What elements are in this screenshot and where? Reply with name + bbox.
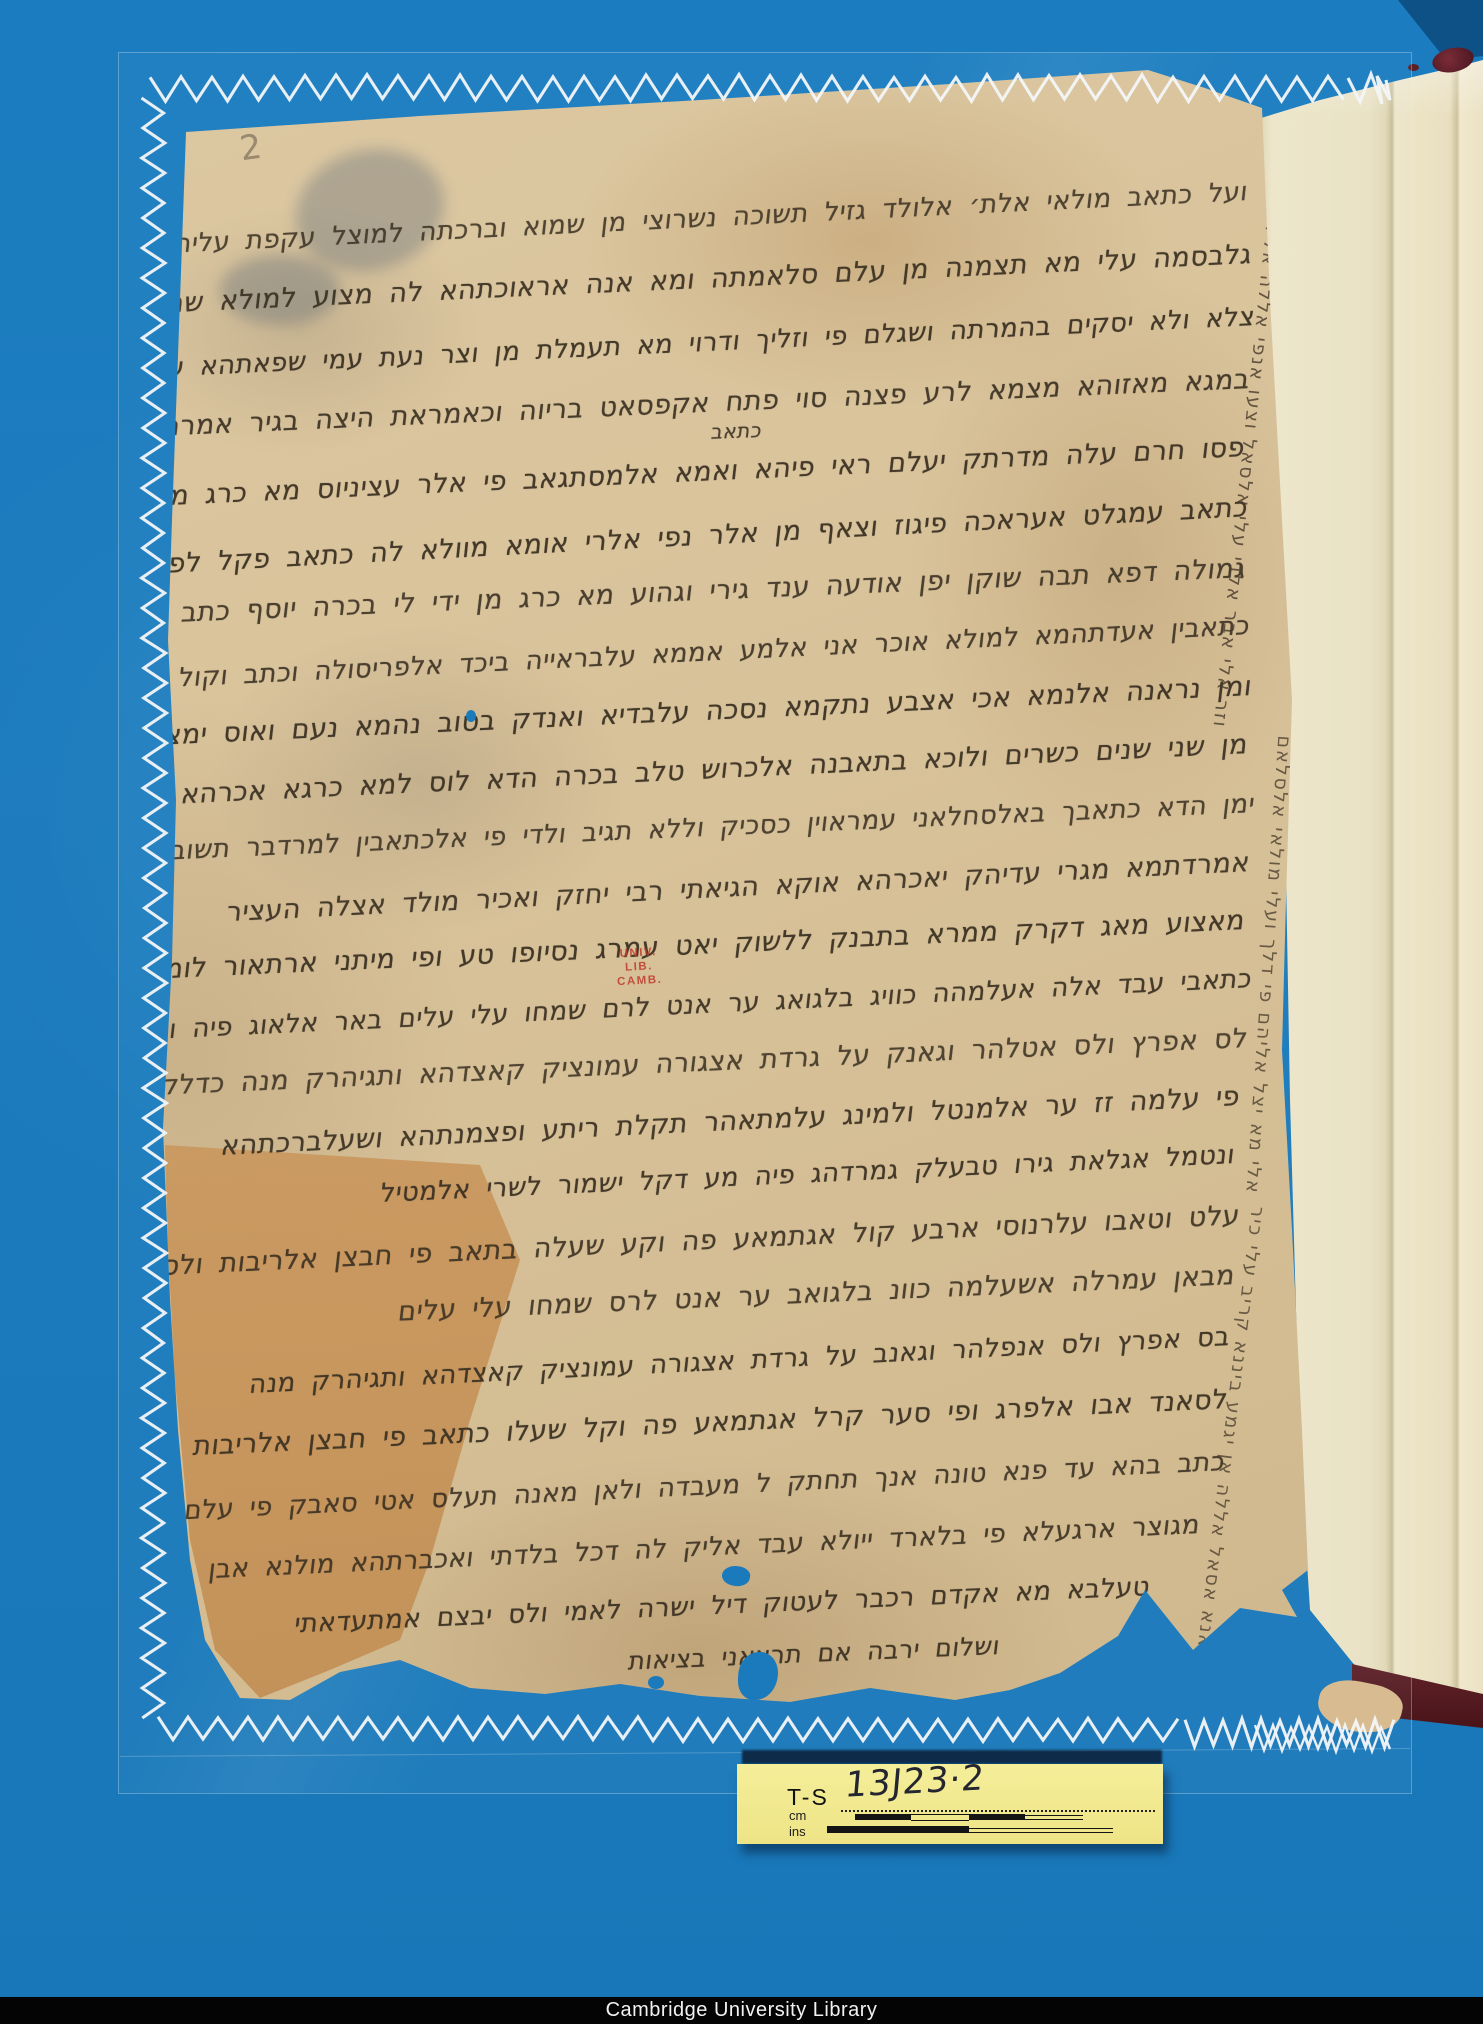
paper-hole [720, 1564, 751, 1589]
cm-scale-segment [969, 1814, 1025, 1820]
ins-scale-line [969, 1828, 1113, 1833]
classmark-prefix: T-S [787, 1784, 829, 1811]
photographed-manuscript-scene: 2 ועל כתאב מולאי אלת׳ אלולד גזיל תשוכה נ… [0, 0, 1483, 2024]
classmark-label: T-S 13J23·2 cm ins [737, 1764, 1163, 1844]
scale-unit-ins: ins [789, 1824, 806, 1839]
classmark-handwritten: 13J23·2 [843, 1758, 986, 1806]
cm-scale-segment-open [911, 1814, 969, 1821]
manuscript-line: כתאב [671, 418, 764, 445]
scale-unit-cm: cm [789, 1808, 806, 1823]
library-stamp: UNIV. LIB. CAMB. [607, 944, 671, 989]
cm-scale-segment [855, 1814, 911, 1820]
image-footer-bar: Cambridge University Library [0, 1997, 1483, 2024]
institution-name: Cambridge University Library [606, 1999, 878, 2022]
paper-hole [738, 1652, 778, 1700]
paper-hole [648, 1676, 664, 1689]
ins-scale-segment [827, 1826, 969, 1833]
paper-hole [466, 710, 476, 722]
cm-scale-line [1025, 1815, 1083, 1820]
pencil-folio-number: 2 [237, 127, 264, 170]
stamp-line: CAMB. [608, 972, 671, 989]
